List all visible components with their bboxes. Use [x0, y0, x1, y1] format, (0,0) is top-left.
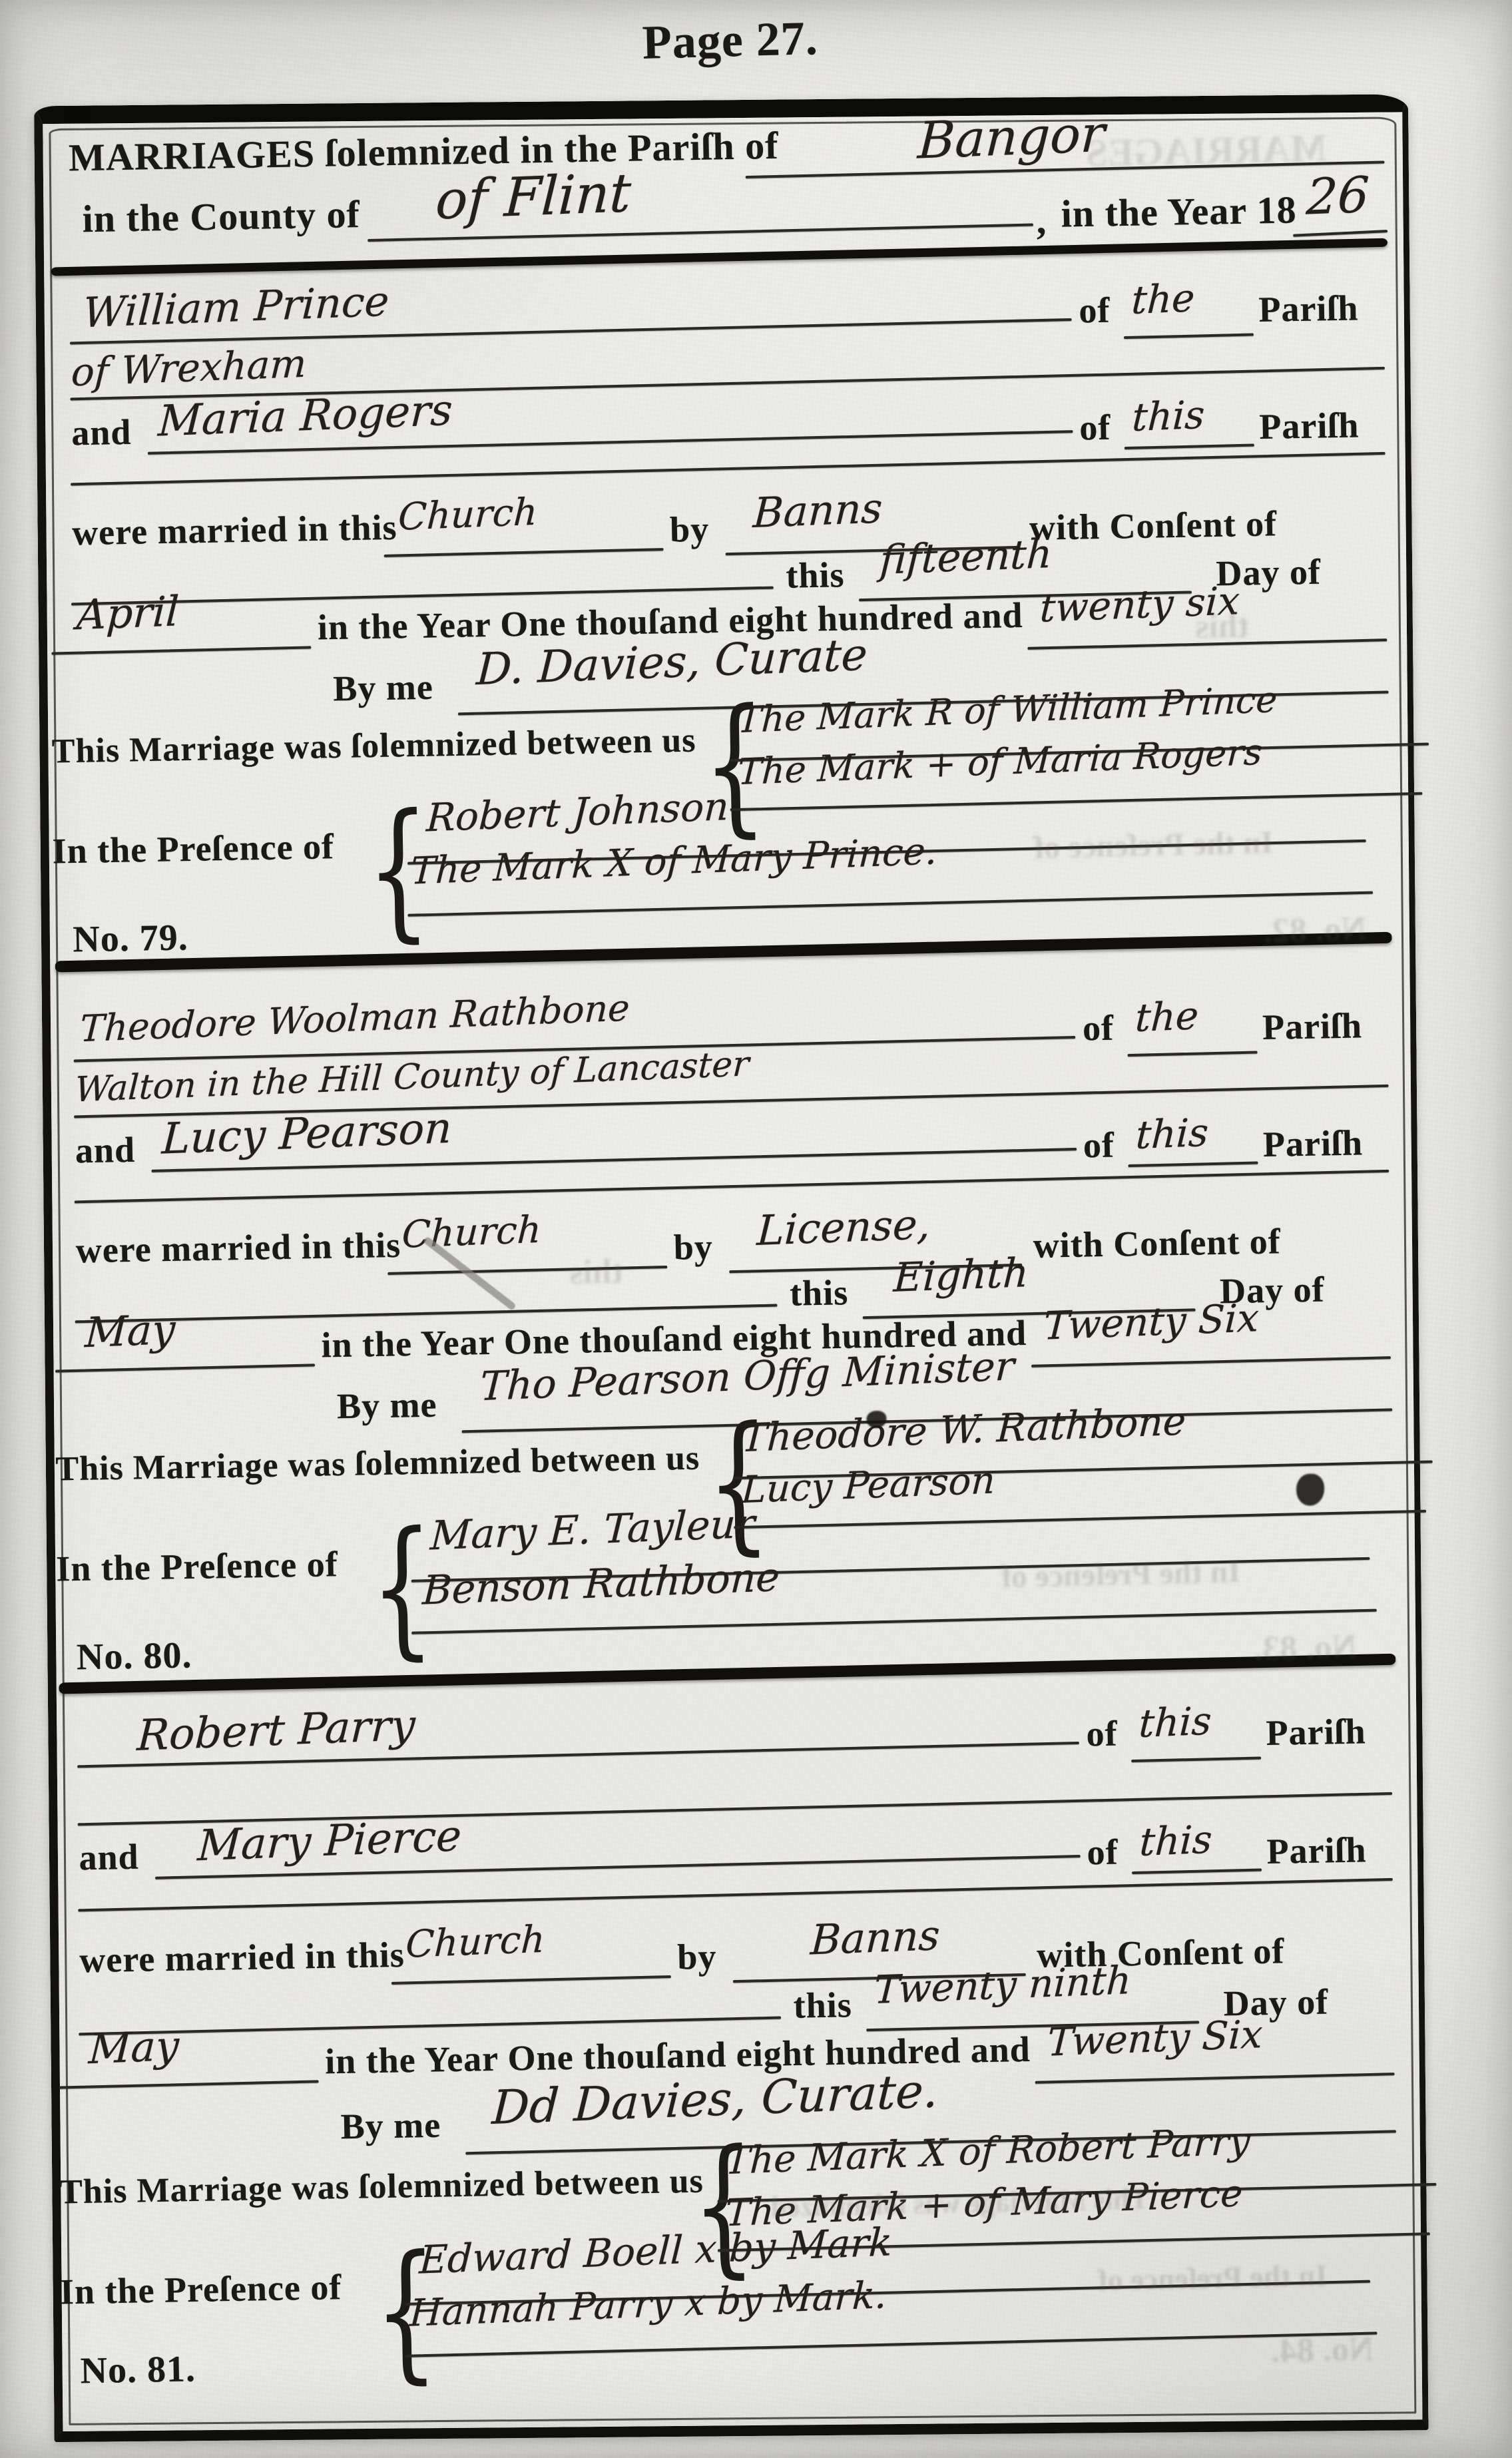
- witness1-handwritten: Mary E. Tayleur: [429, 1501, 756, 1560]
- groom-mark-signature-handwritten: The Mark X of Robert Parry: [724, 2120, 1252, 2183]
- and-label: and: [79, 1836, 139, 1879]
- this-label: this: [790, 1272, 849, 1314]
- ruled-line: [1128, 1161, 1258, 1167]
- month-handwritten: May: [88, 2021, 180, 2073]
- and-label: and: [71, 411, 132, 454]
- page-title: Page 27.: [642, 11, 819, 71]
- year-digits-handwritten: 26: [1305, 166, 1370, 226]
- day-handwritten: fifteenth: [879, 531, 1053, 584]
- groom-name-handwritten: William Prince: [82, 276, 390, 337]
- by-method-handwritten: Banns: [752, 483, 884, 537]
- of-label: of: [1086, 1713, 1118, 1755]
- parish-name-handwritten: Bangor: [917, 104, 1107, 170]
- marriage-entry-80: Theodore Woolman Rathbone of the Pariſh …: [0, 993, 1512, 1694]
- entry-number: No. 81.: [80, 2347, 196, 2392]
- ruled-line: [1128, 1051, 1258, 1057]
- ruled-line: [407, 891, 1373, 917]
- of-label: of: [1083, 1007, 1115, 1049]
- header-year-label: in the Year 18: [1061, 187, 1297, 236]
- month-handwritten: April: [75, 587, 180, 639]
- bleed-through-text: this: [569, 1252, 624, 1292]
- header-county-label: in the County of: [82, 192, 360, 241]
- parish-label: Pariſh: [1259, 404, 1360, 447]
- by-me-label: By me: [340, 2104, 441, 2148]
- bride-mark-signature-handwritten: The Mark + of Maria Rogers: [737, 731, 1264, 793]
- parish-label: Pariſh: [1262, 1005, 1363, 1048]
- entry-number: No. 80.: [76, 1634, 192, 1678]
- groom-parish-word-handwritten: the: [1134, 993, 1200, 1041]
- groom-parish-word-handwritten: this: [1138, 1698, 1212, 1746]
- presence-label: In the Preſence of: [59, 2266, 342, 2312]
- groom-mark-signature-handwritten: Theodore W. Rathbone: [740, 1398, 1187, 1461]
- bleed-through-text: In the Preſence of: [1000, 1553, 1241, 1595]
- bride-parish-word-handwritten: this: [1134, 1110, 1209, 1158]
- groom-mark-signature-handwritten: The Mark R of William Prince: [736, 678, 1278, 741]
- ruled-line: [55, 1363, 315, 1372]
- by-label: by: [670, 509, 710, 551]
- year-words-handwritten: Twenty Six: [1043, 1295, 1260, 1349]
- ruled-line: [1132, 1868, 1262, 1874]
- bleed-through-text: this: [1195, 606, 1250, 646]
- witness2-handwritten: Hannah Parry x by Mark.: [409, 2274, 888, 2335]
- ruled-line: [75, 1170, 1389, 1204]
- bleed-through-text: No. 83.: [1254, 1627, 1358, 1668]
- this-label: this: [793, 1984, 852, 2027]
- bleed-through-text: In the Preſence of: [1033, 824, 1274, 866]
- married-in-handwritten: Church: [405, 1918, 546, 1967]
- of-label: of: [1083, 1124, 1115, 1166]
- day-handwritten: Eighth: [893, 1250, 1030, 1302]
- ruled-line: [78, 1878, 1393, 1912]
- bride-mark-signature-handwritten: Lucy Pearson: [740, 1459, 996, 1512]
- ruled-line: [51, 646, 311, 654]
- month-handwritten: May: [84, 1305, 176, 1357]
- of-label: of: [1079, 407, 1111, 449]
- ruled-line: [405, 2332, 1378, 2357]
- entry-number: No. 79.: [73, 916, 189, 961]
- bride-name-handwritten: Lucy Pearson: [160, 1104, 453, 1164]
- groom-parish-word-handwritten: the: [1131, 275, 1196, 323]
- ruled-line: [79, 2016, 781, 2035]
- of-label: of: [1087, 1832, 1119, 1873]
- bleed-through-text: In the Preſence of: [1097, 2258, 1328, 2298]
- married-in-handwritten: Church: [401, 1208, 542, 1257]
- parish-label: Pariſh: [1262, 1122, 1363, 1165]
- bride-parish-word-handwritten: this: [1131, 392, 1206, 440]
- of-label: of: [1079, 290, 1111, 332]
- ruled-line: [1131, 1756, 1261, 1762]
- county-name-handwritten: of Flint: [434, 162, 632, 232]
- groom-name-handwritten: Robert Parry: [136, 1701, 416, 1761]
- consent-label: with Conſent of: [1033, 1220, 1281, 1266]
- this-label: this: [786, 554, 845, 597]
- married-prefix-label: were married in this: [72, 507, 397, 554]
- ruled-line: [1125, 443, 1254, 449]
- bride-name-handwritten: Mary Pierce: [196, 1812, 463, 1871]
- bride-name-handwritten: Maria Rogers: [157, 386, 454, 447]
- consent-label: with Conſent of: [1029, 503, 1278, 548]
- residence-handwritten: of Wrexham: [70, 341, 308, 395]
- scanned-sheet: Page 27. MARRIAGES ſolemnized in the Par…: [0, 0, 1512, 2458]
- parish-label: Pariſh: [1258, 287, 1359, 330]
- ruled-line: [71, 452, 1386, 486]
- by-me-label: By me: [333, 666, 434, 710]
- by-method-handwritten: Banns: [810, 1911, 941, 1965]
- ruled-line: [1035, 2073, 1395, 2084]
- day-handwritten: Twenty ninth: [873, 1957, 1132, 2013]
- married-prefix-label: were married in this: [75, 1224, 401, 1272]
- ruled-line: [730, 792, 1423, 812]
- by-label: by: [677, 1936, 717, 1978]
- married-in-handwritten: Church: [397, 491, 539, 539]
- solemnized-label: This Marriage was ſolemnized between us: [59, 2162, 704, 2212]
- presence-label: In the Preſence of: [52, 826, 334, 871]
- ruled-line: [59, 2080, 319, 2089]
- year-words-handwritten: Twenty Six: [1047, 2011, 1264, 2065]
- ruled-line: [387, 1266, 667, 1275]
- ruled-line: [384, 548, 664, 557]
- bleed-through-text: MARRIAGES: [1086, 125, 1327, 175]
- parish-label: Pariſh: [1266, 1710, 1366, 1754]
- ruled-line: [734, 1510, 1426, 1529]
- witness2-handwritten: The Mark X of Mary Prince.: [409, 830, 938, 893]
- ruled-line: [411, 1609, 1377, 1634]
- parish-label: Pariſh: [1266, 1829, 1367, 1872]
- marriage-entry-79: William Prince of the Pariſh of Wrexham …: [0, 276, 1511, 976]
- witness2-handwritten: Benson Rathbone: [421, 1554, 781, 1614]
- by-method-handwritten: License,: [756, 1200, 931, 1255]
- ruled-line: [391, 1975, 671, 1985]
- header-comma: ,: [1036, 198, 1047, 243]
- witness1-handwritten: Edward Boell x by Mark: [418, 2219, 893, 2282]
- solemnized-label: This Marriage was ſolemnized between us: [51, 721, 696, 772]
- by-me-label: By me: [336, 1384, 437, 1427]
- bleed-through-text: No. 82.: [1263, 909, 1367, 951]
- presence-label: In the Preſence of: [56, 1543, 338, 1589]
- solemnized-label: This Marriage was ſolemnized between us: [55, 1439, 700, 1489]
- bleed-through-text: No. 84.: [1270, 2330, 1374, 2371]
- by-label: by: [673, 1226, 713, 1268]
- witness1-handwritten: Robert Johnson: [425, 784, 730, 841]
- bride-parish-word-handwritten: this: [1138, 1817, 1213, 1865]
- ruled-line: [1031, 1356, 1391, 1367]
- ruled-line: [1124, 333, 1254, 339]
- and-label: and: [75, 1129, 135, 1172]
- register-scan-page: { "page": { "title": "Page 27." }, "head…: [0, 0, 1512, 2458]
- marriage-entry-81: Robert Parry of this Pariſh and Mary Pie…: [3, 1699, 1512, 2399]
- married-prefix-label: were married in this: [79, 1934, 405, 1981]
